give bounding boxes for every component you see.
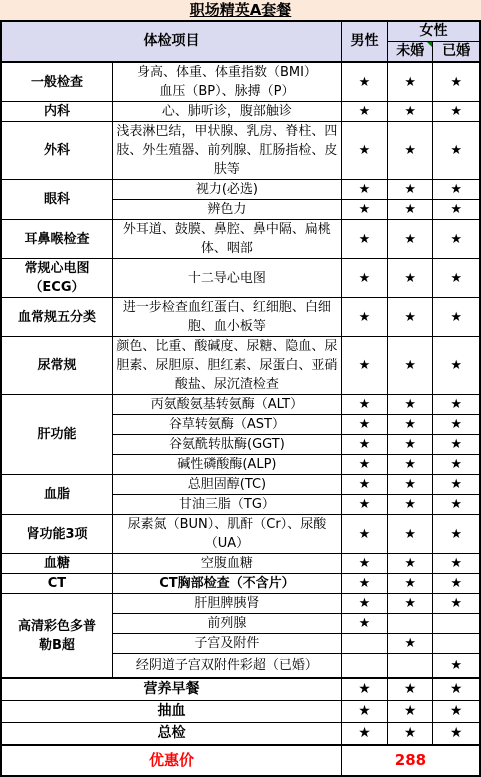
item-cell: 丙氨酸氨基转氨酶（ALT） [112, 395, 341, 415]
item-cell: 颜色、比重、酸碱度、尿糖、隐血、尿胆素、尿胆原、胆红素、尿蛋白、亚硝酸盐、尿沉渣… [112, 337, 341, 395]
mark-male: ★ [341, 62, 387, 102]
mark-male: ★ [341, 455, 387, 475]
item-cell: 心、肺听诊，腹部触诊 [112, 102, 341, 122]
mark-female-married: ★ [433, 200, 480, 220]
header-row-1: 体检项目 男性 女性 [1, 21, 480, 42]
mark-female-married: ★ [433, 554, 480, 574]
header-item-column: 体检项目 [1, 21, 341, 62]
category-cell: 耳鼻喉检查 [1, 220, 112, 259]
item-cell: CT胸部检查（不含片） [112, 574, 341, 594]
summary-row: 总检 ★ ★ ★ [1, 723, 480, 746]
mark-female-unmarried [388, 614, 433, 634]
table-row: 血糖 空腹血糖 ★ ★ ★ [1, 554, 480, 574]
comment-marker-icon [427, 42, 432, 47]
table-row: 肝功能 丙氨酸氨基转氨酶（ALT） ★ ★ ★ [1, 395, 480, 415]
mark-female-unmarried: ★ [388, 180, 433, 200]
checkup-package-sheet: 职场精英A套餐 体检项目 男性 女性 未婚 已婚 一般检查 身高、体重、体重指数… [0, 0, 481, 777]
mark-female-married: ★ [433, 475, 480, 495]
mark-male: ★ [341, 594, 387, 614]
mark-female-unmarried: ★ [388, 495, 433, 515]
checkup-table: 体检项目 男性 女性 未婚 已婚 一般检查 身高、体重、体重指数（BMI） 血压… [0, 20, 481, 777]
mark-female-unmarried: ★ [388, 515, 433, 554]
mark-female-unmarried: ★ [388, 337, 433, 395]
table-row: 常规心电图 （ECG） 十二导心电图 ★ ★ ★ [1, 259, 480, 298]
mark-male: ★ [341, 475, 387, 495]
mark-female-unmarried: ★ [388, 62, 433, 102]
mark-female-unmarried: ★ [388, 678, 433, 701]
table-header: 体检项目 男性 女性 未婚 已婚 [1, 21, 480, 62]
mark-male: ★ [341, 415, 387, 435]
mark-female-married: ★ [433, 723, 480, 746]
item-cell: 身高、体重、体重指数（BMI） 血压（BP）、脉搏（P） [112, 62, 341, 102]
mark-female-married: ★ [433, 435, 480, 455]
item-cell: 谷草转氨酶（AST） [112, 415, 341, 435]
mark-female-unmarried: ★ [388, 634, 433, 654]
item-cell: 前列腺 [112, 614, 341, 634]
mark-male: ★ [341, 554, 387, 574]
mark-male: ★ [341, 495, 387, 515]
mark-male [341, 654, 387, 679]
category-cell: 尿常规 [1, 337, 112, 395]
mark-female-married: ★ [433, 122, 480, 180]
mark-female-unmarried: ★ [388, 102, 433, 122]
category-cell: 外科 [1, 122, 112, 180]
header-female-married: 已婚 [433, 42, 480, 63]
mark-female-married: ★ [433, 574, 480, 594]
table-row: 血脂 总胆固醇(TC) ★ ★ ★ [1, 475, 480, 495]
summary-label: 总检 [1, 723, 341, 746]
item-cell: 进一步检查血红蛋白、红细胞、白细胞、血小板等 [112, 298, 341, 337]
summary-label: 抽血 [1, 701, 341, 723]
category-cell: 血常规五分类 [1, 298, 112, 337]
mark-female-unmarried: ★ [388, 200, 433, 220]
category-cell: 眼科 [1, 180, 112, 220]
mark-male: ★ [341, 200, 387, 220]
mark-female-unmarried: ★ [388, 220, 433, 259]
mark-female-unmarried: ★ [388, 259, 433, 298]
table-row: 尿常规 颜色、比重、酸碱度、尿糖、隐血、尿胆素、尿胆原、胆红素、尿蛋白、亚硝酸盐… [1, 337, 480, 395]
item-cell: 外耳道、鼓膜、鼻腔、鼻中隔、扁桃体、咽部 [112, 220, 341, 259]
mark-male: ★ [341, 395, 387, 415]
item-cell: 碱性磷酸酶(ALP) [112, 455, 341, 475]
category-cell: 肝功能 [1, 395, 112, 475]
category-cell: 血脂 [1, 475, 112, 515]
mark-female-married: ★ [433, 515, 480, 554]
mark-female-unmarried: ★ [388, 298, 433, 337]
mark-female-unmarried: ★ [388, 122, 433, 180]
mark-male: ★ [341, 337, 387, 395]
item-cell: 十二导心电图 [112, 259, 341, 298]
mark-male: ★ [341, 614, 387, 634]
item-cell: 视力(必选) [112, 180, 341, 200]
mark-female-unmarried: ★ [388, 415, 433, 435]
mark-female-married: ★ [433, 102, 480, 122]
mark-female-married: ★ [433, 455, 480, 475]
table-row: 耳鼻喉检查 外耳道、鼓膜、鼻腔、鼻中隔、扁桃体、咽部 ★ ★ ★ [1, 220, 480, 259]
mark-female-married: ★ [433, 180, 480, 200]
item-cell: 辨色力 [112, 200, 341, 220]
package-title-text: 职场精英A套餐 [190, 1, 292, 19]
mark-female-married: ★ [433, 395, 480, 415]
price-row: 优惠价 288 [1, 745, 480, 776]
item-cell: 谷氨酰转肽酶(GGT) [112, 435, 341, 455]
summary-row: 营养早餐 ★ ★ ★ [1, 678, 480, 701]
mark-male: ★ [341, 180, 387, 200]
mark-female-married [433, 634, 480, 654]
category-cell: 高清彩色多普 勒B超 [1, 594, 112, 679]
item-cell: 肝胆脾胰肾 [112, 594, 341, 614]
mark-female-unmarried: ★ [388, 594, 433, 614]
table-row: 外科 浅表淋巴结，甲状腺、乳房、脊柱、四肢、外生殖器、前列腺、肛肠指检、皮肤等 … [1, 122, 480, 180]
mark-female-married: ★ [433, 62, 480, 102]
table-row: 血常规五分类 进一步检查血红蛋白、红细胞、白细胞、血小板等 ★ ★ ★ [1, 298, 480, 337]
price-value: 288 [341, 745, 480, 776]
mark-female-unmarried [388, 654, 433, 679]
mark-male: ★ [341, 220, 387, 259]
mark-female-married [433, 614, 480, 634]
mark-female-married: ★ [433, 220, 480, 259]
package-title: 职场精英A套餐 [0, 0, 481, 20]
header-female: 女性 [388, 21, 480, 42]
mark-female-married: ★ [433, 298, 480, 337]
mark-female-unmarried: ★ [388, 574, 433, 594]
mark-female-married: ★ [433, 415, 480, 435]
mark-female-unmarried: ★ [388, 395, 433, 415]
item-cell: 浅表淋巴结，甲状腺、乳房、脊柱、四肢、外生殖器、前列腺、肛肠指检、皮肤等 [112, 122, 341, 180]
table-body: 一般检查 身高、体重、体重指数（BMI） 血压（BP）、脉搏（P） ★ ★ ★ … [1, 62, 480, 776]
mark-male [341, 634, 387, 654]
mark-female-married: ★ [433, 337, 480, 395]
mark-female-married: ★ [433, 654, 480, 679]
table-row: 高清彩色多普 勒B超 肝胆脾胰肾 ★ ★ ★ [1, 594, 480, 614]
category-cell: 常规心电图 （ECG） [1, 259, 112, 298]
mark-female-unmarried: ★ [388, 455, 433, 475]
table-row: 眼科 视力(必选) ★ ★ ★ [1, 180, 480, 200]
summary-row: 抽血 ★ ★ ★ [1, 701, 480, 723]
item-cell: 尿素氮（BUN）、肌酐（Cr）、尿酸（UA） [112, 515, 341, 554]
mark-female-unmarried: ★ [388, 723, 433, 746]
mark-male: ★ [341, 102, 387, 122]
category-cell: 血糖 [1, 554, 112, 574]
table-row: 内科 心、肺听诊，腹部触诊 ★ ★ ★ [1, 102, 480, 122]
item-cell: 经阴道子宫双附件彩超（已婚） [112, 654, 341, 679]
item-cell: 空腹血糖 [112, 554, 341, 574]
header-female-unmarried: 未婚 [388, 42, 433, 63]
header-male: 男性 [341, 21, 387, 62]
header-female-unmarried-label: 未婚 [396, 43, 424, 59]
price-label: 优惠价 [1, 745, 341, 776]
mark-male: ★ [341, 515, 387, 554]
mark-female-married: ★ [433, 259, 480, 298]
mark-female-married: ★ [433, 701, 480, 723]
mark-male: ★ [341, 701, 387, 723]
category-cell: 内科 [1, 102, 112, 122]
mark-male: ★ [341, 298, 387, 337]
mark-female-married: ★ [433, 495, 480, 515]
mark-female-married: ★ [433, 594, 480, 614]
mark-female-unmarried: ★ [388, 701, 433, 723]
item-cell: 子宫及附件 [112, 634, 341, 654]
mark-male: ★ [341, 574, 387, 594]
table-row: 一般检查 身高、体重、体重指数（BMI） 血压（BP）、脉搏（P） ★ ★ ★ [1, 62, 480, 102]
category-cell: 肾功能3项 [1, 515, 112, 554]
table-row: 肾功能3项 尿素氮（BUN）、肌酐（Cr）、尿酸（UA） ★ ★ ★ [1, 515, 480, 554]
mark-female-unmarried: ★ [388, 435, 433, 455]
mark-female-unmarried: ★ [388, 475, 433, 495]
mark-male: ★ [341, 122, 387, 180]
mark-male: ★ [341, 723, 387, 746]
summary-label: 营养早餐 [1, 678, 341, 701]
item-cell: 甘油三脂（TG） [112, 495, 341, 515]
mark-female-unmarried: ★ [388, 554, 433, 574]
mark-female-married: ★ [433, 678, 480, 701]
mark-male: ★ [341, 435, 387, 455]
mark-male: ★ [341, 259, 387, 298]
item-cell: 总胆固醇(TC) [112, 475, 341, 495]
category-cell: 一般检查 [1, 62, 112, 102]
category-cell: CT [1, 574, 112, 594]
table-row: CT CT胸部检查（不含片） ★ ★ ★ [1, 574, 480, 594]
mark-male: ★ [341, 678, 387, 701]
